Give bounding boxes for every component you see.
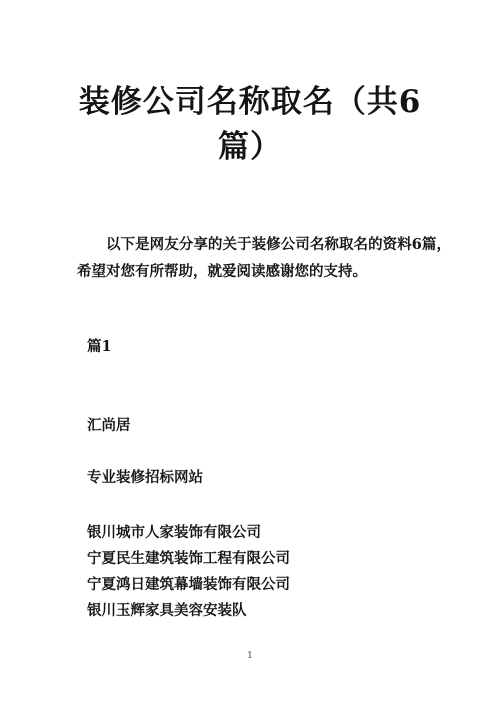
company-name-list: 银川城市人家装饰有限公司 宁夏民生建筑装饰工程有限公司 宁夏鸿日建筑幕墙装饰有限… — [87, 520, 450, 624]
company-name-item: 银川城市人家装饰有限公司 — [87, 520, 450, 546]
company-name-item: 宁夏鸿日建筑幕墙装饰有限公司 — [87, 572, 450, 598]
document-title: 装修公司名称取名（共6篇） — [78, 80, 423, 170]
page-number: 1 — [0, 650, 500, 662]
company-name-item: 银川玉辉家具美容安装队 — [87, 598, 450, 624]
intro-paragraph: 以下是网友分享的关于装修公司名称取名的资料6篇，希望对您有所帮助，就爱阅读感谢您… — [77, 231, 451, 285]
document-page: 装修公司名称取名（共6篇） 以下是网友分享的关于装修公司名称取名的资料6篇，希望… — [0, 0, 500, 707]
company-name-item: 宁夏民生建筑装饰工程有限公司 — [87, 546, 450, 572]
section-subheading: 专业装修招标网站 — [87, 465, 203, 491]
section-label: 篇1 — [87, 334, 112, 360]
section-heading: 汇尚居 — [87, 413, 131, 439]
